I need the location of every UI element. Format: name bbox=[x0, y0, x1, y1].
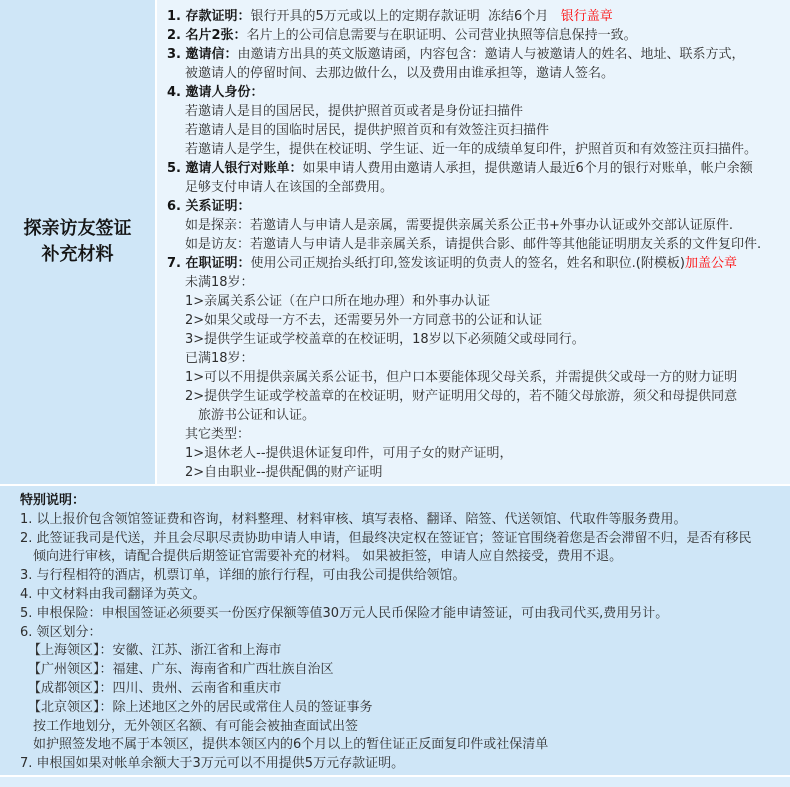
table-line: 2>自由职业--提供配偶的财产证明 bbox=[167, 463, 782, 482]
table-line: 若邀请人是学生，提供在校证明、学生证、近一年的成绩单复印件，护照首页和有效签注页… bbox=[167, 140, 782, 159]
table-line: 已满18岁： bbox=[167, 349, 782, 368]
table-line: 旅游书公证和认证。 bbox=[167, 406, 782, 425]
table-line: 1. 存款证明：银行开具的5万元或以上的定期存款证明 冻结6个月 银行盖章 bbox=[167, 7, 782, 26]
table-line: 2>提供学生证或学校盖章的在校证明，财产证明用父母的，若不随父母旅游，须父和母提… bbox=[167, 387, 782, 406]
note-line: 4. 中文材料由我司翻译为英文。 bbox=[20, 586, 778, 605]
special-notes-body: 1. 以上报价包含领馆签证费和咨询，材料整理、材料审核、填写表格、翻译、陪签、代… bbox=[20, 511, 778, 774]
next-section-divider bbox=[0, 775, 790, 787]
table-line: 若邀请人是目的国临时居民，提供护照首页和有效签注页扫描件 bbox=[167, 121, 782, 140]
table-line: 3>提供学生证或学校盖章的在校证明，18岁以下必须随父或母同行。 bbox=[167, 330, 782, 349]
table-line: 如是访友：若邀请人与申请人是非亲属关系，请提供合影、邮件等其他能证明朋友关系的文… bbox=[167, 235, 782, 254]
table-line: 6. 关系证明： bbox=[167, 197, 782, 216]
note-line: 【广州领区】：福建、广东、海南省和广西壮族自治区 bbox=[20, 661, 778, 680]
note-line: 倾向进行审核，请配合提供后期签证官需要补充的材料。 如果被拒签，申请人应自然接受… bbox=[20, 548, 778, 567]
visa-info-page: { "colors": { "page_bg": "#cfe6f7", "con… bbox=[0, 0, 790, 787]
table-line: 如是探亲：若邀请人与申请人是亲属，需要提供亲属关系公正书+外事办认证或外交部认证… bbox=[167, 216, 782, 235]
table-line: 5. 邀请人银行对账单：如果申请人费用由邀请人承担，提供邀请人最近6个月的银行对… bbox=[167, 159, 782, 178]
special-notes-section: 特别说明： 1. 以上报价包含领馆签证费和咨询，材料整理、材料审核、填写表格、翻… bbox=[0, 486, 790, 775]
table-line: 2>如果父或母一方不去，还需要另外一方同意书的公证和认证 bbox=[167, 311, 782, 330]
note-line: 7. 申根国如果对帐单余额大于3万元可以不用提供5万元存款证明。 bbox=[20, 755, 778, 774]
table-line: 1>亲属关系公证（在户口所在地办理）和外事办认证 bbox=[167, 292, 782, 311]
note-line: 6. 领区划分： bbox=[20, 624, 778, 643]
note-line: 3. 与行程相符的酒店，机票订单，详细的旅行行程，可由我公司提供给领馆。 bbox=[20, 567, 778, 586]
table-line: 2. 名片2张：名片上的公司信息需要与在职证明、公司营业执照等信息保持一致。 bbox=[167, 26, 782, 45]
materials-content-cell: 1. 存款证明：银行开具的5万元或以上的定期存款证明 冻结6个月 银行盖章2. … bbox=[157, 0, 790, 484]
table-line: 4. 邀请人身份： bbox=[167, 83, 782, 102]
table-line: 被邀请人的停留时间、去那边做什么，以及费用由谁承担等，邀请人签名。 bbox=[167, 64, 782, 83]
note-line: 1. 以上报价包含领馆签证费和咨询，材料整理、材料审核、填写表格、翻译、陪签、代… bbox=[20, 511, 778, 530]
row-header-visa-type: 探亲访友签证 补充材料 bbox=[0, 0, 157, 484]
note-line: 如护照签发地不属于本领区，提供本领区内的6个月以上的暂住证正反面复印件或社保清单 bbox=[20, 736, 778, 755]
table-line: 其它类型： bbox=[167, 425, 782, 444]
red-highlight-text: 加盖公章 bbox=[685, 256, 737, 271]
table-line: 若邀请人是目的国居民，提供护照首页或者是身份证扫描件 bbox=[167, 102, 782, 121]
table-line: 7. 在职证明：使用公司正规抬头纸打印,签发该证明的负责人的签名，姓名和职位.(… bbox=[167, 254, 782, 273]
note-line: 【上海领区】：安徽、江苏、浙江省和上海市 bbox=[20, 642, 778, 661]
note-line: 2. 此签证我司是代送，并且会尽职尽责协助申请人申请，但最终决定权在签证官；签证… bbox=[20, 530, 778, 549]
table-line: 3. 邀请信：由邀请方出具的英文版邀请函，内容包含：邀请人与被邀请人的姓名、地址… bbox=[167, 45, 782, 64]
note-line: 按工作地划分，无外领区名额、有可能会被抽查面试出签 bbox=[20, 718, 778, 737]
table-line: 1>可以不用提供亲属关系公证书，但户口本要能体现父母关系，并需提供父或母一方的财… bbox=[167, 368, 782, 387]
table-line: 未满18岁： bbox=[167, 273, 782, 292]
special-notes-heading: 特别说明： bbox=[20, 492, 778, 511]
note-line: 5. 申根保险：申根国签证必须要买一份医疗保额等值30万元人民币保险才能申请签证… bbox=[20, 605, 778, 624]
table-line: 1>退休老人--提供退休证复印件，可用子女的财产证明， bbox=[167, 444, 782, 463]
row-header-line2: 补充材料 bbox=[42, 242, 114, 268]
row-header-line1: 探亲访友签证 bbox=[24, 216, 132, 242]
note-line: 【北京领区】：除上述地区之外的居民或常住人员的签证事务 bbox=[20, 699, 778, 718]
table-line: 足够支付申请人在该国的全部费用。 bbox=[167, 178, 782, 197]
materials-table: 探亲访友签证 补充材料 1. 存款证明：银行开具的5万元或以上的定期存款证明 冻… bbox=[0, 0, 790, 486]
note-line: 【成都领区】：四川、贵州、云南省和重庆市 bbox=[20, 680, 778, 699]
red-highlight-text: 银行盖章 bbox=[561, 9, 613, 24]
